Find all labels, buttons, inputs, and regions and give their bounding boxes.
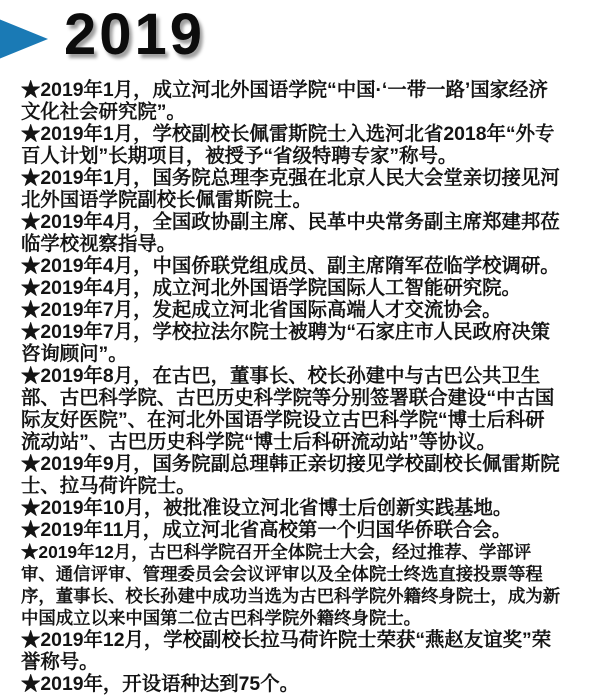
timeline-entry: ★2019年7月，学校拉法尔院士被聘为“石家庄市人民政府决策咨询顾问”。 <box>21 321 563 365</box>
timeline-entry: ★2019年4月，成立河北外国语学院国际人工智能研究院。 <box>21 277 563 299</box>
timeline-entry: ★2019年11月，成立河北省高校第一个归国华侨联合会。 <box>21 519 563 541</box>
timeline-entry: ★2019年8月，在古巴，董事长、校长孙建中与古巴公共卫生部、古巴科学院、古巴历… <box>21 365 563 453</box>
timeline-entry: ★2019年9月，国务院副总理韩正亲切接见学校副校长佩雷斯院士、拉马荷许院士。 <box>21 453 563 497</box>
timeline-entry: ★2019年，开设语种达到75个。 <box>21 673 563 695</box>
year-arrow-icon <box>0 13 48 65</box>
timeline-entry: ★2019年7月，发起成立河北省国际高端人才交流协会。 <box>21 299 563 321</box>
timeline-entry: ★2019年4月，中国侨联党组成员、副主席隋军莅临学校调研。 <box>21 255 563 277</box>
timeline-list: ★2019年1月，成立河北外国语学院“中国·‘一带一路’国家经济文化社会研究院”… <box>21 79 563 695</box>
timeline-entry: ★2019年1月，学校副校长佩雷斯院士入选河北省2018年“外专百人计划”长期项… <box>21 123 563 167</box>
timeline-entry: ★2019年1月，国务院总理李克强在北京人民大会堂亲切接见河北外国语学院副校长佩… <box>21 167 563 211</box>
timeline-entry: ★2019年1月，成立河北外国语学院“中国·‘一带一路’国家经济文化社会研究院”… <box>21 79 563 123</box>
timeline-entry: ★2019年12月，古巴科学院召开全体院士大会，经过推荐、学部评审、通信评审、管… <box>21 541 563 629</box>
timeline-entry: ★2019年12月，学校副校长拉马荷许院士荣获“燕赵友谊奖”荣誉称号。 <box>21 629 563 673</box>
timeline-entry: ★2019年10月，被批准设立河北省博士后创新实践基地。 <box>21 497 563 519</box>
document-page: 2019 ★2019年1月，成立河北外国语学院“中国·‘一带一路’国家经济文化社… <box>0 0 589 700</box>
year-heading: 2019 <box>64 0 205 74</box>
timeline-entry: ★2019年4月，全国政协副主席、民革中央常务副主席郑建邦莅临学校视察指导。 <box>21 211 563 255</box>
